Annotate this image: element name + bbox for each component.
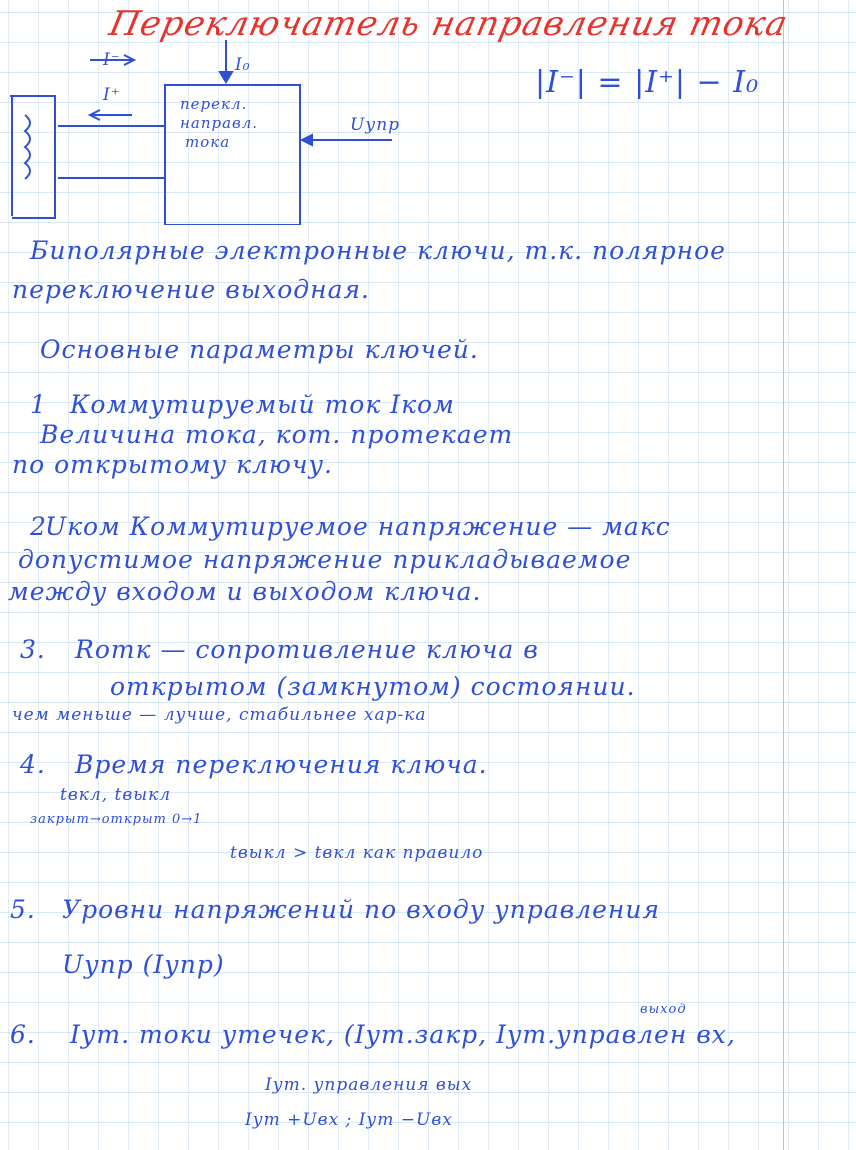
item-4-line-2: tвкл, tвыкл bbox=[60, 785, 171, 805]
item-2-line-2: допустимое напряжение прикладываемое bbox=[18, 545, 631, 574]
item-5-number: 5. bbox=[10, 895, 36, 924]
intro-line-2: переключение выходная. bbox=[12, 275, 370, 304]
item-2-line-1: Uком Коммутируемое напряжение — макс bbox=[45, 512, 671, 541]
item-4-number: 4. bbox=[20, 750, 46, 779]
item-3-line-1: Rотк — сопротивление ключа в bbox=[75, 635, 539, 664]
item-4-line-4: tвыкл > tвкл как правило bbox=[230, 843, 483, 863]
item-5-line-1: Уровни напряжений по входу управления bbox=[62, 895, 660, 924]
intro-line-1: Биполярные электронные ключи, т.к. поляр… bbox=[30, 236, 726, 265]
section-heading: Основные параметры ключей. bbox=[40, 335, 479, 364]
coil-icon bbox=[25, 115, 30, 179]
item-6-line-2: Iут. управления вых bbox=[265, 1075, 472, 1095]
item-6-line-3: Iут +Uвх ; Iут −Uвх bbox=[245, 1110, 453, 1130]
item-3-line-3: чем меньше — лучше, стабильнее хар-ка bbox=[12, 705, 427, 725]
item-6-annotation: выход bbox=[640, 1002, 687, 1017]
label-i0: I₀ bbox=[235, 55, 251, 75]
item-3-number: 3. bbox=[20, 635, 46, 664]
item-1-line-1: Коммутируемый ток Iком bbox=[70, 390, 455, 419]
control-input-label: Uупр bbox=[350, 115, 400, 135]
switch-box-label-2: направл. bbox=[180, 115, 258, 132]
label-i-minus: I⁻ bbox=[103, 50, 121, 70]
item-1-line-2: Величина тока, кот. протекает bbox=[40, 420, 513, 449]
item-1-number: 1 bbox=[30, 390, 47, 419]
item-3-line-2: открытом (замкнутом) состоянии. bbox=[110, 672, 636, 701]
item-6-number: 6. bbox=[10, 1020, 36, 1049]
current-formula: |I⁻| = |I⁺| − I₀ bbox=[535, 65, 759, 100]
notebook-margin-line bbox=[783, 0, 784, 1150]
label-i-plus: I⁺ bbox=[103, 85, 121, 105]
coil-block bbox=[10, 96, 55, 218]
item-4-line-3: закрыт→открыт 0→1 bbox=[30, 812, 202, 827]
switch-box-label-1: перекл. bbox=[180, 96, 247, 113]
item-5-line-2: Uупр (Iупр) bbox=[62, 950, 225, 979]
page-title: Переключатель направления тока bbox=[106, 4, 792, 44]
item-4-line-1: Время переключения ключа. bbox=[75, 750, 488, 779]
switch-box-label-3: тока bbox=[185, 134, 230, 151]
item-2-line-3: между входом и выходом ключа. bbox=[8, 577, 481, 606]
item-1-line-3: по открытому ключу. bbox=[12, 450, 333, 479]
item-6-line-1: Iут. токи утечек, (Iут.закр, Iут.управле… bbox=[70, 1020, 736, 1049]
